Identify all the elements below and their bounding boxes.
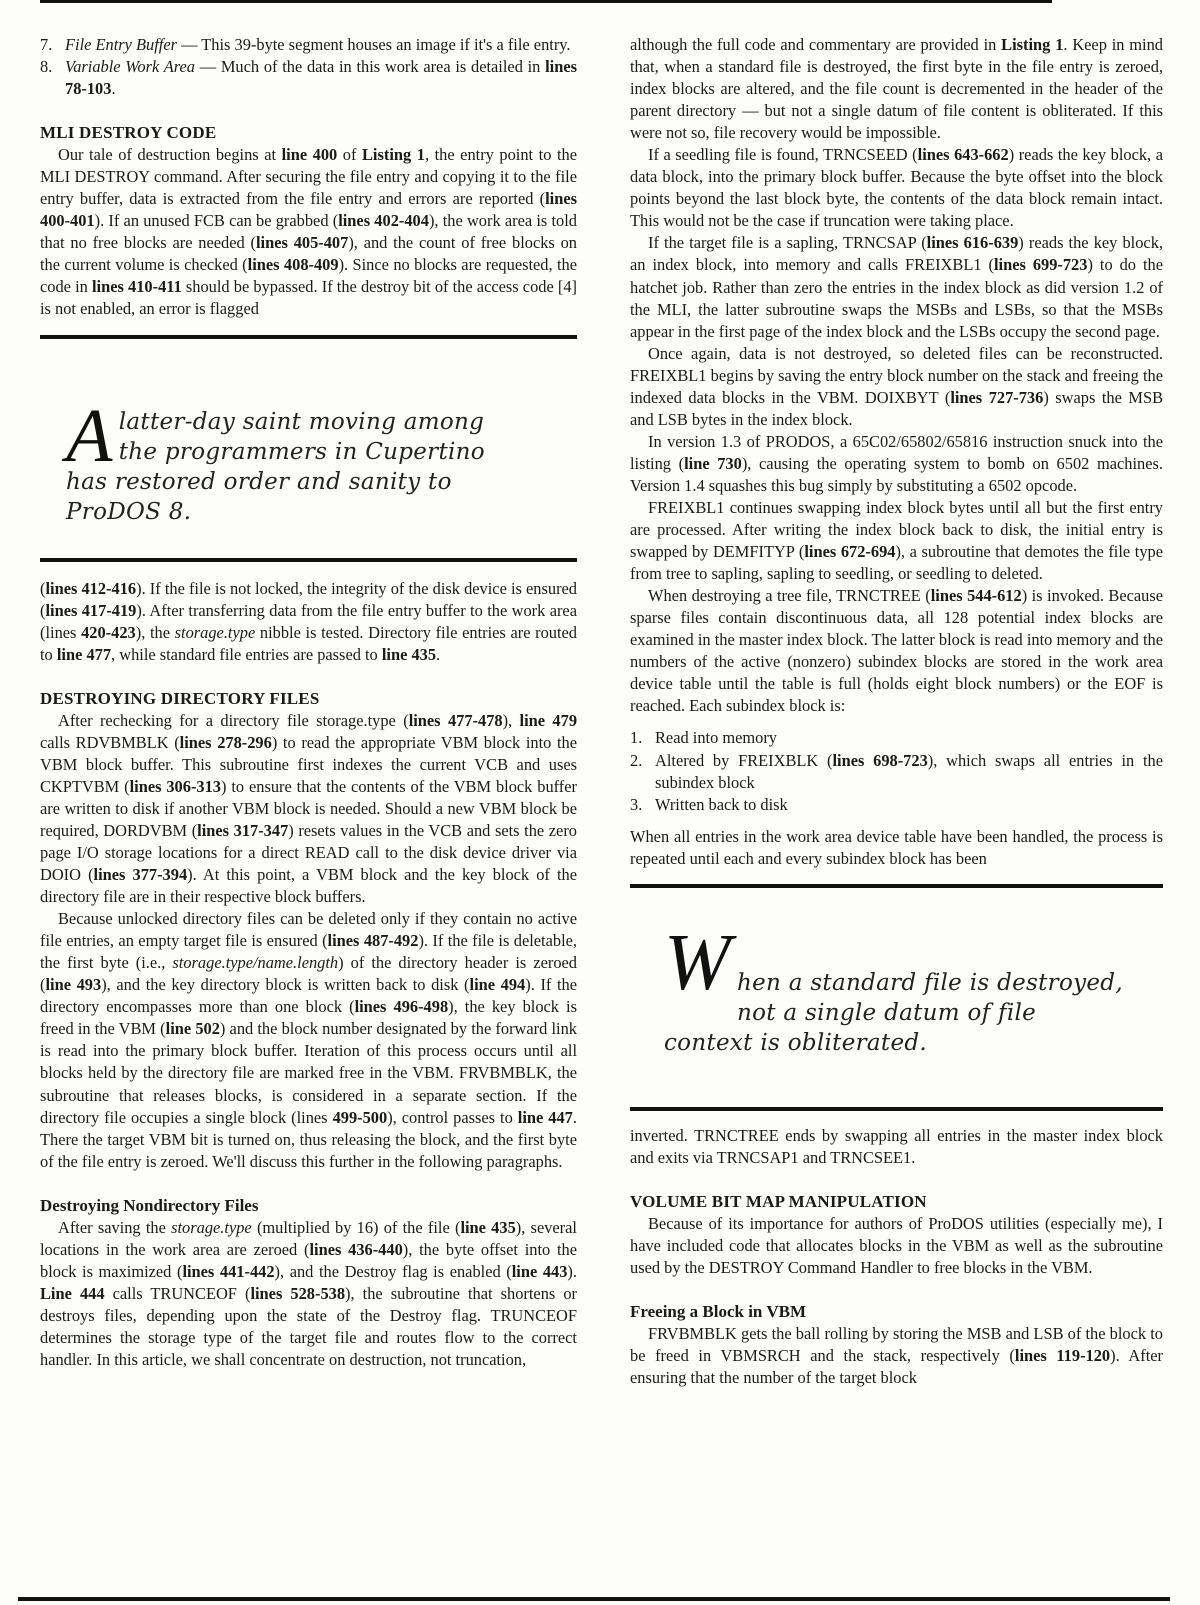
line-ref: lines 544-612 (931, 586, 1022, 605)
text-run: of (337, 145, 362, 164)
step-item: 3.Written back to disk (630, 794, 1163, 816)
paragraph: If the target file is a sapling, TRNCSAP… (630, 232, 1163, 342)
line-ref: lines 643-662 (918, 145, 1009, 164)
italic-term: storage.type (175, 623, 256, 642)
line-ref: 420-423 (81, 623, 136, 642)
line-ref: lines 672-694 (804, 542, 895, 561)
list-term: Variable Work Area (65, 57, 195, 76)
text-run: After saving the (58, 1218, 171, 1237)
line-ref: lines 119-120 (1015, 1346, 1110, 1365)
text-run: ), control passes to (387, 1108, 518, 1127)
section-heading-volume-bit-map: VOLUME BIT MAP MANIPULATION (630, 1191, 1163, 1213)
paragraph: FREIXBL1 continues swapping index block … (630, 497, 1163, 585)
line-ref: lines 402-404 (338, 211, 429, 230)
line-ref: lines 410-411 (92, 277, 182, 296)
list-number: 8. (40, 56, 52, 78)
text-run: ). (567, 1262, 577, 1281)
text-run: ), and the key directory block is writte… (101, 975, 469, 994)
right-column: although the full code and commentary ar… (630, 34, 1163, 1389)
paragraph: After saving the storage.type (multiplie… (40, 1217, 577, 1371)
paragraph: FRVBMBLK gets the ball rolling by storin… (630, 1323, 1163, 1389)
line-ref: line 443 (512, 1262, 568, 1281)
list-number: 7. (40, 34, 52, 56)
list-text: This 39-byte segment houses an image if … (201, 35, 570, 54)
bottom-rule (18, 1597, 1170, 1601)
line-ref: line 435 (460, 1218, 515, 1237)
line-ref: lines 698-723 (832, 751, 927, 770)
paragraph: Because of its importance for authors of… (630, 1213, 1163, 1279)
text-run: ), (503, 711, 520, 730)
list-text: Much of the data in this work area is de… (221, 57, 545, 76)
text-run: . (436, 645, 440, 664)
line-ref: line 730 (684, 454, 742, 473)
text-run: If the target file is a sapling, TRNCSAP… (648, 233, 927, 252)
line-ref: lines 306-313 (130, 777, 221, 796)
italic-term: storage.type (171, 1218, 252, 1237)
paragraph: Because unlocked directory files can be … (40, 908, 577, 1173)
text-run: ). If an unused FCB can be grabbed ( (95, 211, 339, 230)
left-column: 7.File Entry Buffer — This 39-byte segme… (40, 34, 577, 1371)
top-rule (40, 0, 1052, 3)
text-run: ) is invoked. Because sparse files conta… (630, 586, 1163, 715)
dash: — (195, 57, 221, 76)
paragraph: After rechecking for a directory file st… (40, 710, 577, 908)
line-ref: line 493 (45, 975, 101, 994)
subsection-heading-nondirectory: Destroying Nondirectory Files (40, 1195, 577, 1217)
text-run: After rechecking for a directory file st… (58, 711, 409, 730)
italic-term: storage.type/name.length (172, 953, 338, 972)
pull-quote-text: Alatter-day saint moving among the progr… (66, 407, 526, 527)
paragraph: (lines 412-416). If the file is not lock… (40, 578, 577, 666)
pull-quote: Alatter-day saint moving among the progr… (40, 335, 577, 562)
step-item: 1.Read into memory (630, 727, 1163, 749)
subindex-steps: 1.Read into memory2.Altered by FREIXBLK … (630, 727, 1163, 815)
line-ref: line 447 (518, 1108, 573, 1127)
line-ref: lines 528-538 (250, 1284, 345, 1303)
line-ref: Listing 1 (1001, 35, 1063, 54)
text-run: When destroying a tree file, TRNCTREE ( (648, 586, 931, 605)
pull-quote: When a standard file is destroyed, not a… (630, 884, 1163, 1111)
buffer-list: 7.File Entry Buffer — This 39-byte segme… (40, 34, 577, 100)
pull-quote-body: latter-day saint moving among the progra… (66, 409, 485, 525)
text-run: Read into memory (655, 728, 777, 747)
line-ref: lines 377-394 (94, 865, 188, 884)
text-run: ), the (136, 623, 175, 642)
list-item-8: 8.Variable Work Area — Much of the data … (40, 56, 577, 100)
section-heading-mli-destroy: MLI DESTROY CODE (40, 122, 577, 144)
paragraph: although the full code and commentary ar… (630, 34, 1163, 144)
paragraph: When all entries in the work area device… (630, 826, 1163, 870)
text-run: Because of its importance for authors of… (630, 1214, 1163, 1277)
step-number: 2. (630, 750, 642, 772)
line-ref: line 400 (282, 145, 338, 164)
step-number: 1. (630, 727, 642, 749)
text-run: , while standard file entries are passed… (111, 645, 382, 664)
list-term: File Entry Buffer (65, 35, 177, 54)
paragraph: When destroying a tree file, TRNCTREE (l… (630, 585, 1163, 717)
line-ref: lines 405-407 (256, 233, 348, 252)
list-text: . (111, 79, 115, 98)
text-run: If a seedling file is found, TRNCSEED ( (648, 145, 918, 164)
text-run: (multiplied by 16) of the file ( (252, 1218, 461, 1237)
line-ref: lines 408-409 (248, 255, 339, 274)
line-ref: lines 616-639 (927, 233, 1019, 252)
line-ref: lines 436-440 (309, 1240, 402, 1259)
line-ref: lines 727-736 (950, 388, 1043, 407)
line-ref: 499-500 (333, 1108, 388, 1127)
paragraph: Our tale of destruction begins at line 4… (40, 144, 577, 320)
subsection-heading-freeing-block: Freeing a Block in VBM (630, 1301, 1163, 1323)
step-item: 2.Altered by FREIXBLK (lines 698-723), w… (630, 750, 1163, 794)
drop-cap: A (66, 411, 113, 463)
text-run: When all entries in the work area device… (630, 827, 1163, 868)
paragraph: Once again, data is not destroyed, so de… (630, 343, 1163, 431)
paragraph: inverted. TRNCTREE ends by swapping all … (630, 1125, 1163, 1169)
line-ref: line 494 (470, 975, 526, 994)
text-run: Our tale of destruction begins at (58, 145, 282, 164)
line-ref: lines 412-416 (45, 579, 136, 598)
drop-cap: W (664, 938, 731, 990)
line-ref: lines 487-492 (328, 931, 419, 950)
line-ref: line 479 (520, 711, 577, 730)
text-run: calls TRUNCEOF ( (105, 1284, 251, 1303)
line-ref: line 502 (166, 1019, 220, 1038)
text-run: ), and the Destroy flag is enabled ( (275, 1262, 512, 1281)
text-run: calls RDVBMBLK ( (40, 733, 180, 752)
paragraph: In version 1.3 of PRODOS, a 65C02/65802/… (630, 431, 1163, 497)
line-ref: lines 441-442 (182, 1262, 274, 1281)
pull-quote-body: hen a standard file is destroyed, not a … (664, 970, 1123, 1056)
step-number: 3. (630, 794, 642, 816)
section-heading-directory-files: DESTROYING DIRECTORY FILES (40, 688, 577, 710)
line-ref: lines 496-498 (355, 997, 449, 1016)
text-run: Altered by FREIXBLK ( (655, 751, 832, 770)
line-ref: lines 699-723 (994, 255, 1087, 274)
paragraph: If a seedling file is found, TRNCSEED (l… (630, 144, 1163, 232)
line-ref: Listing 1 (362, 145, 425, 164)
line-ref: lines 317-347 (197, 821, 288, 840)
line-ref: line 477 (57, 645, 111, 664)
dash: — (177, 35, 201, 54)
text-run: Written back to disk (655, 795, 788, 814)
line-ref: lines 477-478 (409, 711, 503, 730)
line-ref: line 435 (382, 645, 436, 664)
list-item-7: 7.File Entry Buffer — This 39-byte segme… (40, 34, 577, 56)
line-ref: Line 444 (40, 1284, 105, 1303)
text-run: inverted. TRNCTREE ends by swapping all … (630, 1126, 1163, 1167)
line-ref: lines 417-419 (45, 601, 136, 620)
text-run: although the full code and commentary ar… (630, 35, 1001, 54)
line-ref: lines 278-296 (180, 733, 272, 752)
pull-quote-text: When a standard file is destroyed, not a… (664, 930, 1124, 1020)
